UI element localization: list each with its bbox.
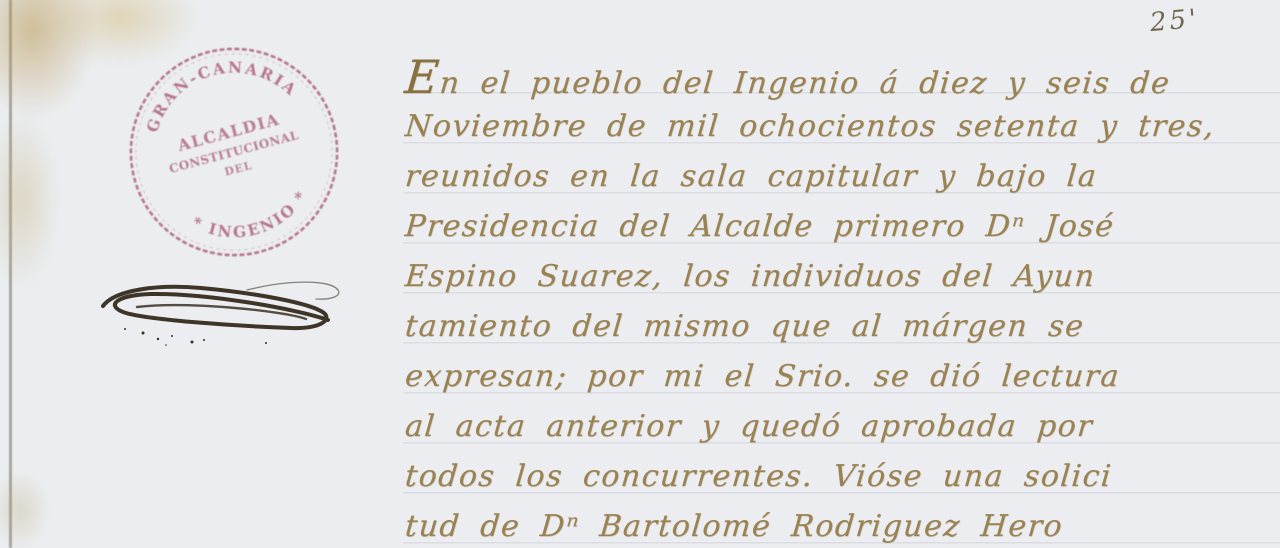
manuscript-line: tud de Dⁿ Bartolomé Rodriguez Hero [403,502,1280,548]
manuscript-line: Presidencia del Alcalde primero Dⁿ José [403,202,1280,252]
stamp-center-line3: DEL [223,159,254,179]
ink-flourish [95,272,343,350]
manuscript-line: todos los concurrentes. Vióse una solici [403,452,1280,502]
page-edge [0,0,30,548]
manuscript-text-block: En el pueblo del Ingenio á diez y seis d… [403,52,1280,548]
manuscript-line: expresan; por mi el Srio. se dió lectura [403,352,1280,402]
scanned-manuscript-page: { "page": { "number": "25'" }, "stamp": … [0,0,1280,548]
manuscript-line: reunidos en la sala capitular y bajo la [403,152,1280,202]
svg-text:* INGENIO *: * INGENIO * [186,183,319,254]
manuscript-line: Espino Suarez, los individuos del Ayun [403,252,1280,302]
municipal-stamp: GRAN-CANARIA * INGENIO * ALCALDIA CONSTI… [120,38,348,266]
folio-number: 25' [1149,4,1201,38]
manuscript-line: tamiento del mismo que al márgen se [403,302,1280,352]
manuscript-line: al acta anterior y quedó aprobada por [403,402,1280,452]
manuscript-line: Noviembre de mil ochocientos setenta y t… [403,102,1280,152]
manuscript-line: En el pueblo del Ingenio á diez y seis d… [403,52,1280,102]
page-edge-shadow-line [9,0,12,548]
stamp-arc-bottom-text: * INGENIO * [186,183,319,254]
